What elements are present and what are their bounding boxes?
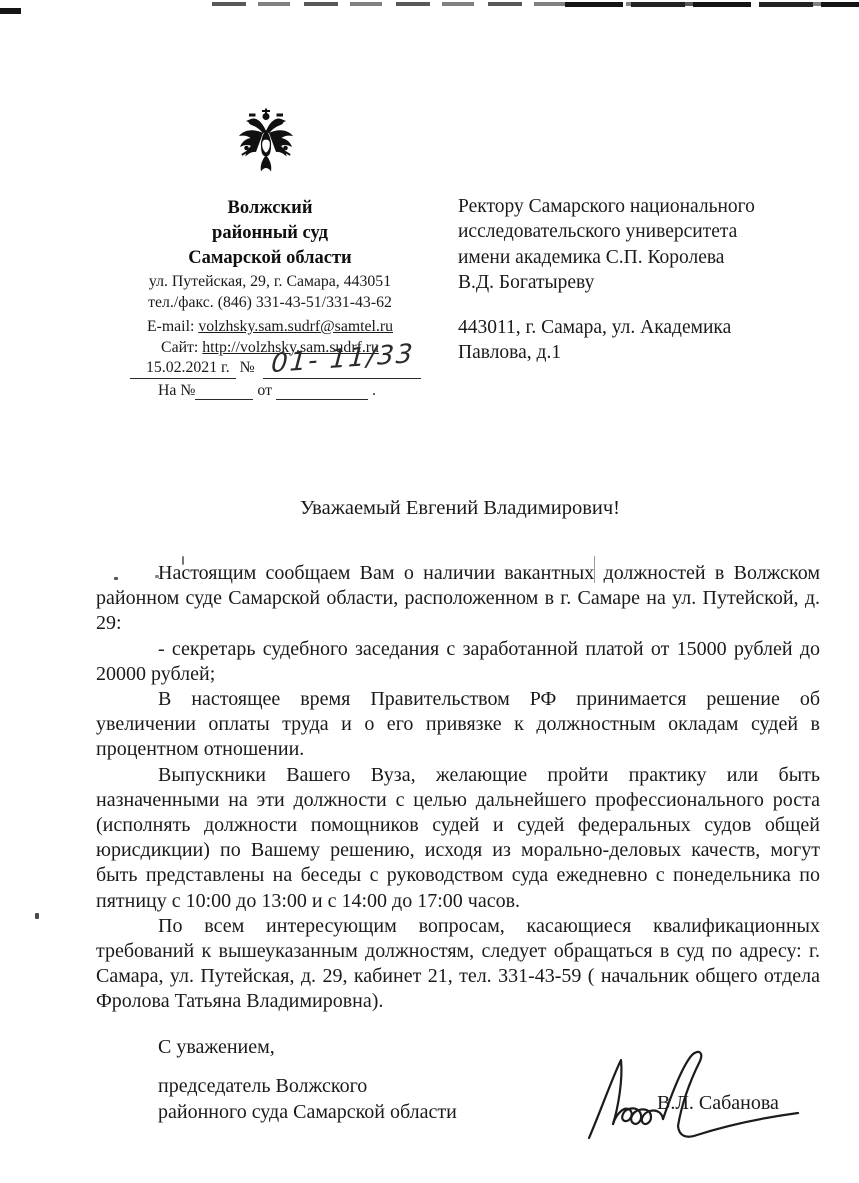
body-paragraph: - секретарь судебного заседания с зарабо… — [96, 637, 820, 687]
incoming-label: На № — [158, 382, 195, 399]
signer-position-line: районного суда Самарской области — [158, 1100, 457, 1126]
letter-body: Настоящим сообщаем Вам о наличии вакантн… — [96, 561, 820, 1015]
court-name: Волжский районный суд Самарской области — [130, 196, 410, 271]
recipient-line: Ректору Самарского национального — [458, 194, 808, 219]
recipient-line: имени академика С.П. Королева — [458, 245, 808, 270]
body-paragraph: Выпускники Вашего Вуза, желающие пройти … — [96, 763, 820, 914]
court-name-line: Волжский — [130, 196, 410, 221]
email-label: E-mail: — [147, 318, 194, 335]
court-name-line: районный суд — [130, 221, 410, 246]
signer-position-line: председатель Волжского — [158, 1074, 457, 1100]
recipient-line: исследовательского университета — [458, 219, 808, 244]
recipient-address-line: Павлова, д.1 — [458, 340, 808, 365]
site-label: Сайт: — [161, 339, 198, 356]
incoming-from-label: от — [257, 382, 272, 399]
incoming-number-blank — [195, 385, 253, 400]
outgoing-date: 15.02.2021 г. — [130, 359, 236, 379]
incoming-tail: . — [372, 382, 376, 399]
signer-position: председатель Волжского районного суда Са… — [158, 1074, 457, 1125]
recipient-address-line: 443011, г. Самара, ул. Академика — [458, 315, 808, 340]
scan-artifact-speck — [35, 913, 39, 919]
russia-coat-of-arms-icon — [236, 106, 296, 190]
incoming-date-blank — [276, 385, 368, 400]
incoming-reference-line: На № от . — [158, 382, 376, 400]
body-paragraph: Настоящим сообщаем Вам о наличии вакантн… — [96, 561, 820, 637]
body-paragraph: В настоящее время Правительством РФ прин… — [96, 687, 820, 763]
court-email: volzhsky.sam.sudrf@samtel.ru — [198, 318, 393, 335]
court-name-line: Самарской области — [130, 246, 410, 271]
court-email-line: E-mail: volzhsky.sam.sudrf@samtel.ru — [130, 317, 410, 338]
court-phone: тел./факс. (846) 331-43-51/331-43-62 — [130, 293, 410, 314]
body-paragraph: По всем интересующим вопросам, касающиес… — [96, 914, 820, 1015]
outgoing-number-blank: 01- 11/33 — [263, 358, 421, 379]
number-sign: № — [240, 359, 255, 376]
recipient-line: В.Д. Богатыреву — [458, 270, 808, 295]
outgoing-reference-line: 15.02.2021 г. № 01- 11/33 — [130, 358, 430, 379]
court-address: ул. Путейская, 29, г. Самара, 443051 — [130, 272, 410, 293]
scan-artifact-corner-dash — [0, 8, 21, 14]
salutation: Уважаемый Евгений Владимирович! — [98, 497, 822, 520]
closing-regards: С уважением, — [158, 1036, 275, 1059]
signer-name: В.Л. Сабанова — [657, 1092, 779, 1115]
scan-artifact-top-line-dark — [565, 2, 859, 7]
scanned-letter-page: Волжский районный суд Самарской области … — [0, 0, 859, 1183]
recipient-block: Ректору Самарского национального исследо… — [458, 194, 808, 366]
court-contacts: ул. Путейская, 29, г. Самара, 443051 тел… — [130, 272, 410, 313]
